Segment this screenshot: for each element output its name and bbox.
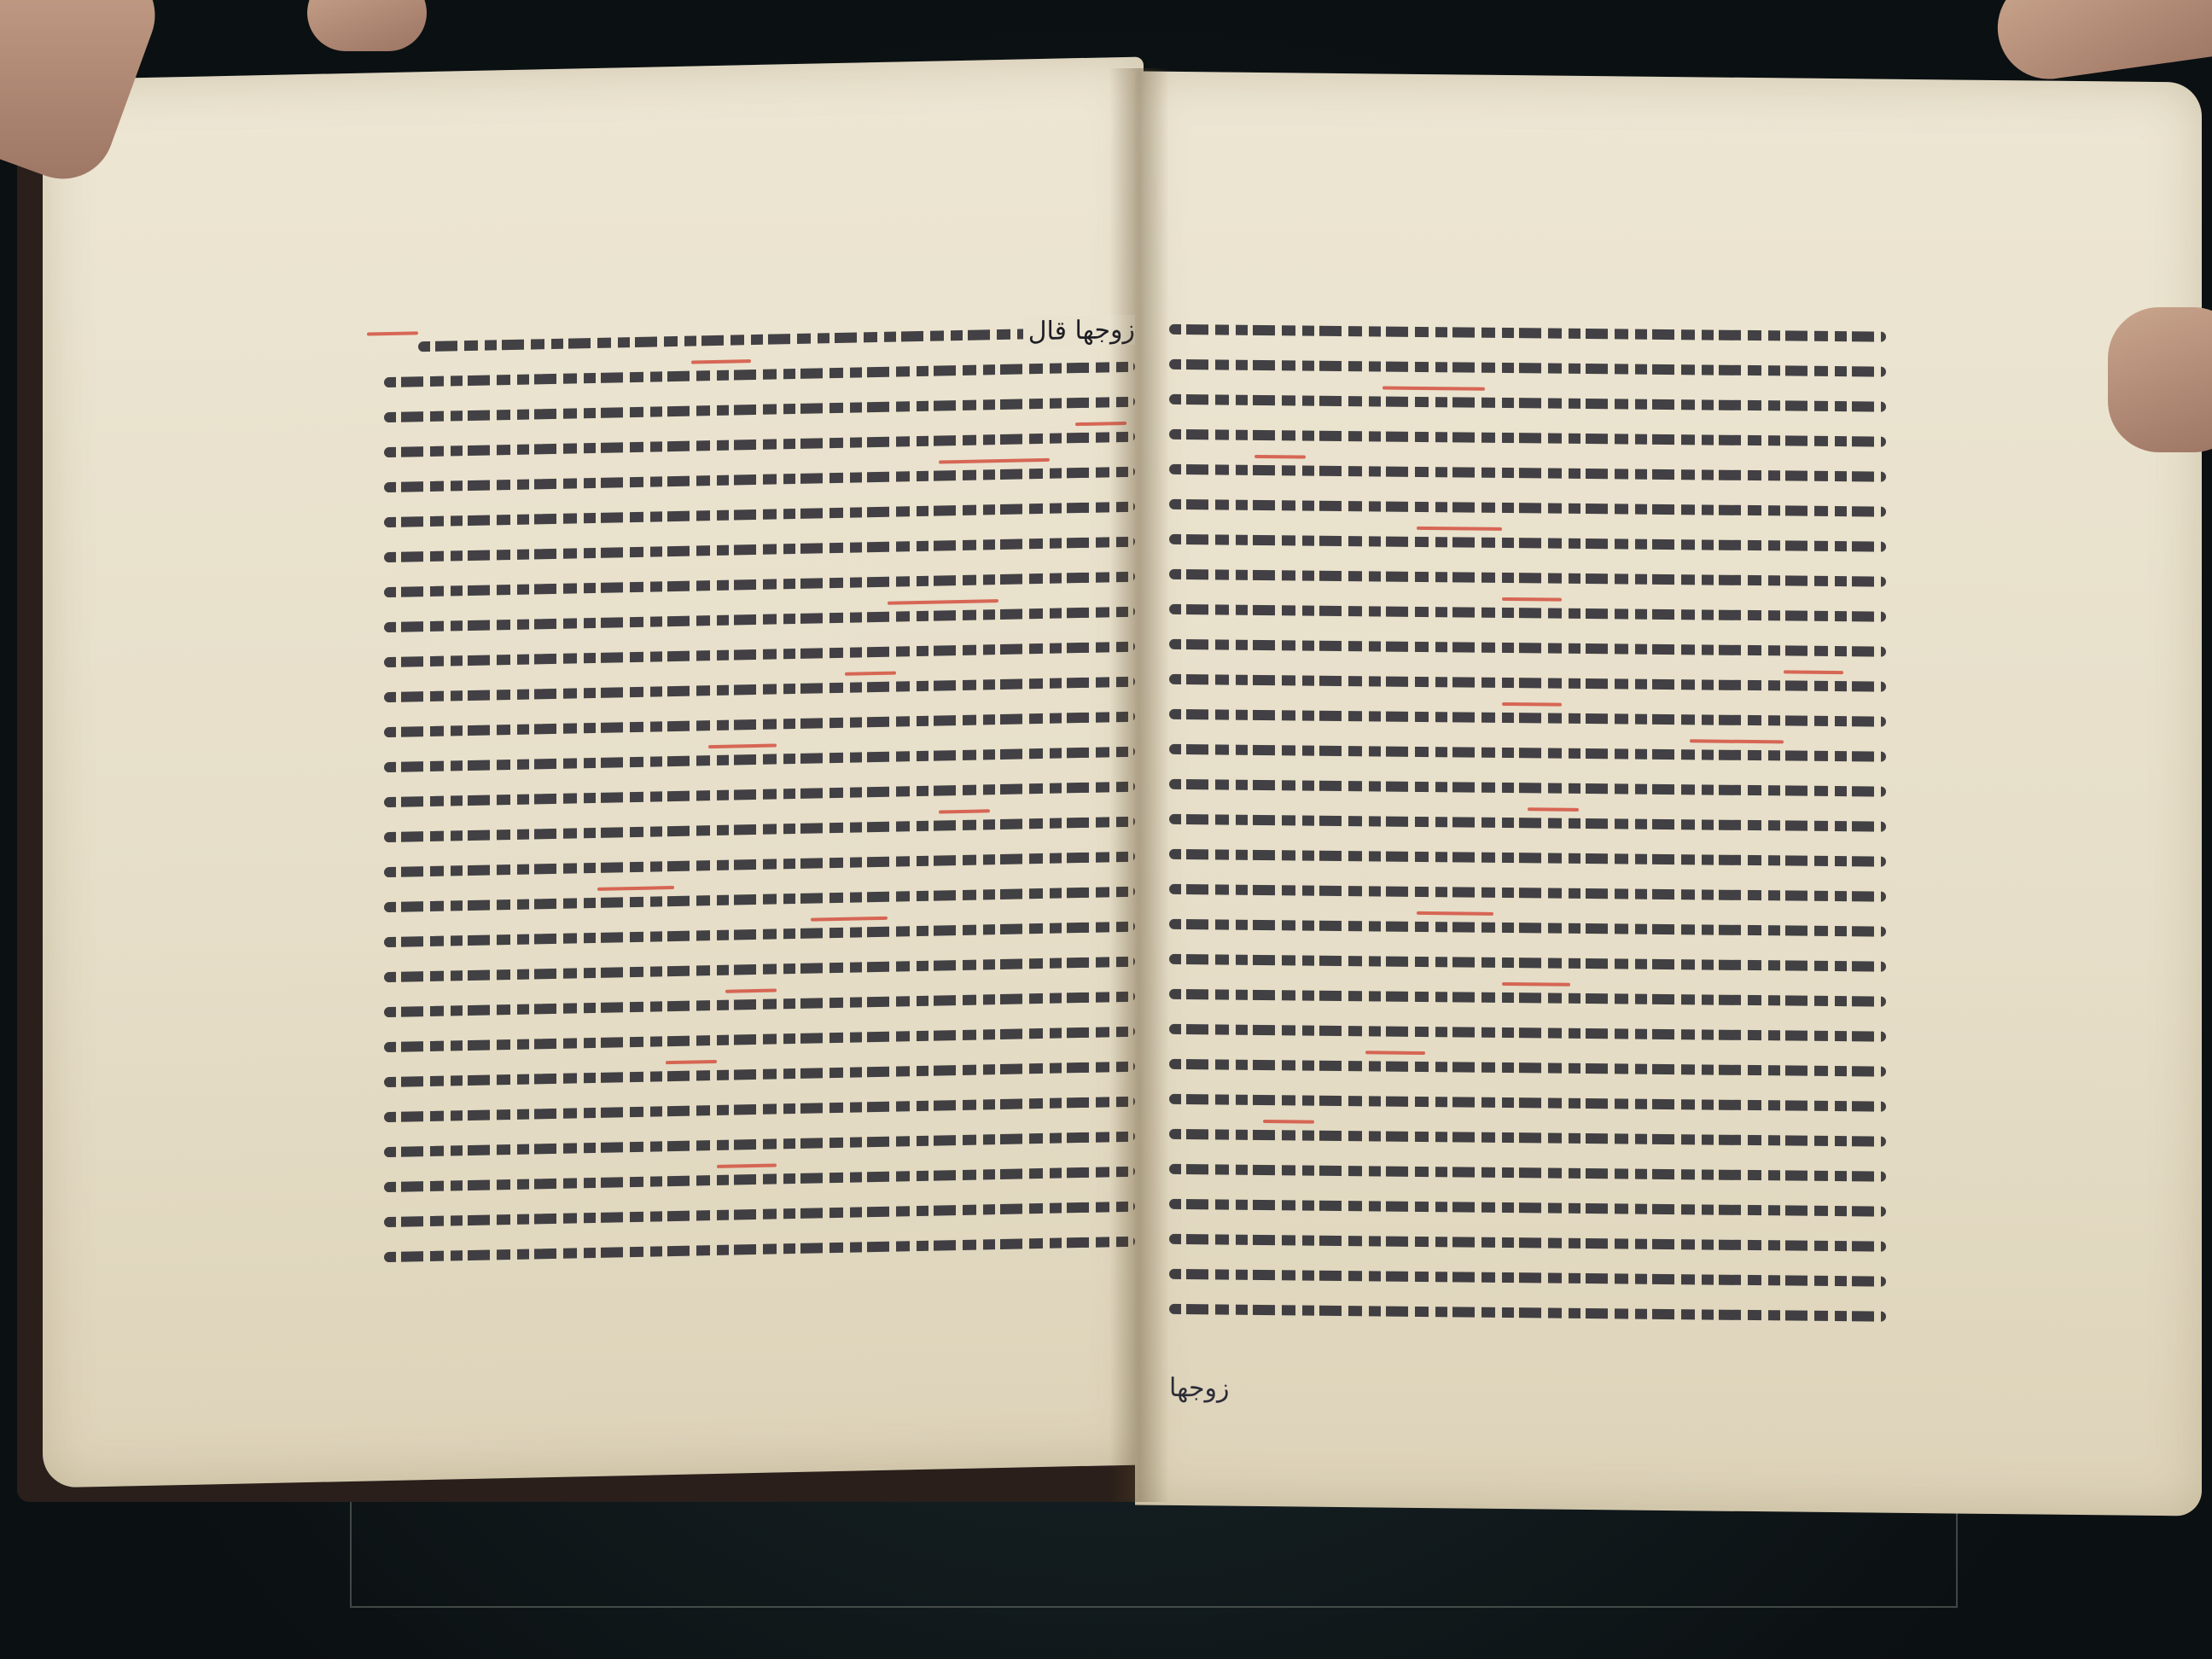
rubric-overline — [1417, 527, 1502, 531]
handwritten-text — [1169, 394, 1886, 412]
handwritten-text — [1169, 1199, 1886, 1217]
handwritten-text — [384, 677, 1135, 702]
handwritten-text — [1169, 849, 1886, 867]
rubric-overline — [1417, 911, 1493, 916]
rubric-overline — [1528, 807, 1579, 812]
handwritten-text — [1169, 359, 1886, 377]
right-text-block — [1169, 311, 1886, 1333]
handwritten-text — [384, 747, 1135, 772]
handwritten-text — [1169, 814, 1886, 832]
handwritten-text — [1169, 884, 1886, 902]
handwritten-text — [1169, 1164, 1886, 1182]
handwritten-text — [384, 1237, 1135, 1262]
book-gutter — [1109, 68, 1169, 1502]
rubric-overline — [1263, 1120, 1314, 1124]
handwritten-text — [1169, 954, 1886, 972]
handwritten-text — [384, 712, 1135, 737]
rubric-overline — [1365, 1051, 1425, 1055]
rubric-overline — [888, 599, 998, 605]
handwritten-text — [1169, 534, 1886, 552]
handwritten-text — [384, 957, 1135, 982]
rubric-overline — [1502, 702, 1562, 707]
handwritten-text — [1169, 674, 1886, 692]
rubric-overline — [717, 1163, 777, 1167]
handwritten-text — [1169, 709, 1886, 727]
rubric-overline — [666, 1060, 717, 1064]
handwritten-text — [384, 432, 1135, 457]
handwritten-text — [384, 537, 1135, 562]
left-page: زوجها قال — [43, 56, 1144, 1487]
rubric-overline — [1254, 455, 1306, 459]
right-page: زوجها — [1135, 71, 2202, 1516]
handwritten-text — [384, 1097, 1135, 1122]
rubric-overline — [1382, 386, 1485, 390]
rubric-overline — [1502, 597, 1562, 602]
rubric-overline — [367, 331, 418, 335]
handwritten-text — [384, 502, 1135, 527]
handwritten-text — [1169, 989, 1886, 1007]
catchword: زوجها — [1169, 1373, 1230, 1404]
rubric-overline — [691, 359, 751, 364]
rubric-overline — [811, 917, 888, 922]
handwritten-text — [1169, 464, 1886, 482]
handwritten-text — [1169, 1234, 1886, 1252]
left-hand-finger — [307, 0, 427, 51]
rubric-overline — [1690, 739, 1784, 743]
handwritten-text — [384, 1132, 1135, 1157]
handwritten-text — [384, 1167, 1135, 1192]
handwritten-text — [384, 397, 1135, 422]
handwritten-text — [1169, 1059, 1886, 1077]
handwritten-text — [384, 922, 1135, 947]
handwritten-text — [1169, 1129, 1886, 1147]
handwritten-text — [1169, 779, 1886, 797]
handwritten-text — [1169, 1024, 1886, 1042]
handwritten-text — [1169, 639, 1886, 657]
handwritten-text — [1169, 1304, 1886, 1322]
rubric-overline — [939, 458, 1050, 464]
handwritten-text — [384, 817, 1135, 842]
handwritten-text — [1169, 1094, 1886, 1112]
handwritten-text — [384, 992, 1135, 1017]
handwritten-text — [1169, 324, 1886, 342]
rubric-overline — [939, 809, 990, 813]
handwritten-text — [384, 607, 1135, 632]
rubric-overline — [597, 886, 674, 891]
handwritten-text — [1169, 569, 1886, 587]
handwritten-text — [384, 1062, 1135, 1087]
handwritten-text — [384, 467, 1135, 492]
rubric-overline — [708, 743, 777, 748]
handwritten-text — [384, 642, 1135, 667]
handwritten-text — [1169, 919, 1886, 937]
handwritten-text — [1169, 744, 1886, 762]
handwritten-text — [384, 572, 1135, 597]
handwritten-text — [1169, 429, 1886, 447]
handwritten-text — [384, 782, 1135, 807]
handwritten-text — [384, 1027, 1135, 1052]
handwritten-text — [384, 852, 1135, 877]
rubric-overline — [845, 672, 896, 676]
rubric-overline — [725, 988, 777, 992]
left-text-block: زوجها قال — [384, 313, 1135, 1273]
handwritten-text — [384, 362, 1135, 387]
handwritten-text — [1169, 604, 1886, 622]
rubric-overline — [1502, 982, 1570, 987]
handwritten-text — [384, 1202, 1135, 1227]
manuscript-line — [1169, 1290, 1886, 1333]
handwritten-text — [1169, 499, 1886, 517]
handwritten-text — [384, 887, 1135, 912]
rubric-overline — [1784, 670, 1843, 674]
handwritten-text — [1169, 1269, 1886, 1287]
right-hand-side — [2108, 307, 2212, 452]
